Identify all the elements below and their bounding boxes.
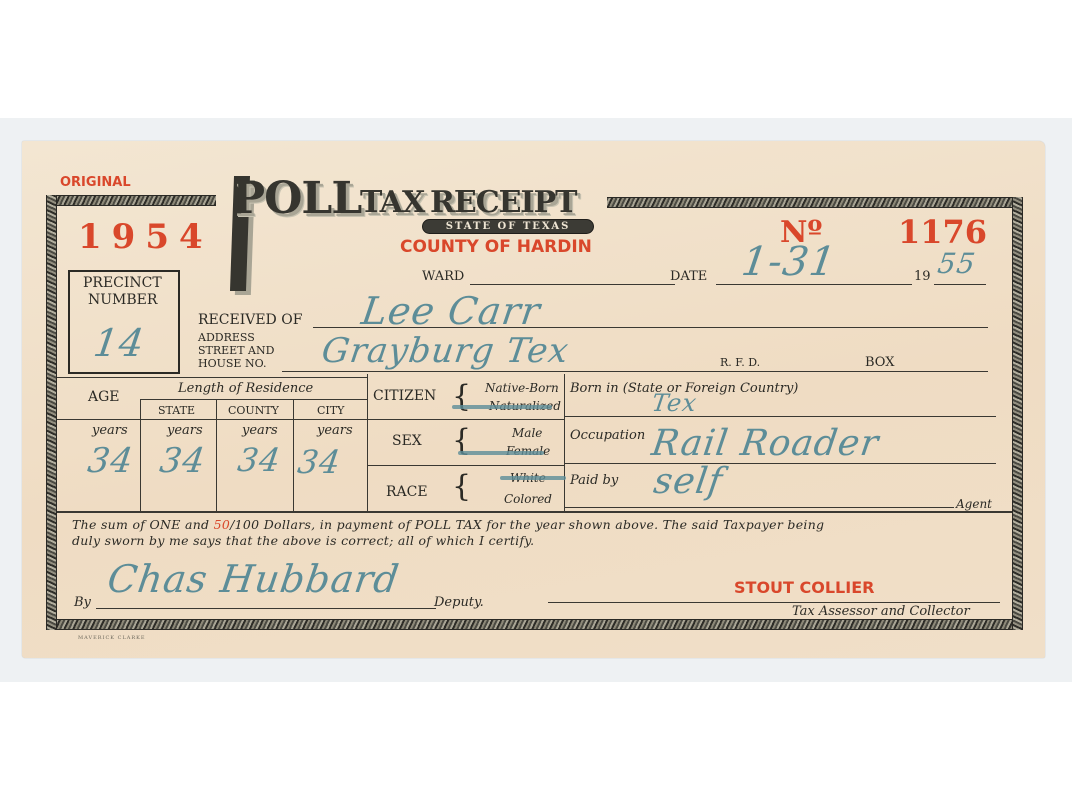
address-label-2: STREET AND <box>198 344 274 357</box>
statement-line-1: The sum of ONE and 50/100 Dollars, in pa… <box>72 517 824 532</box>
citizen-strike-mark <box>452 405 552 409</box>
born-in-label-suffix: (State or Foreign Country) <box>623 381 799 396</box>
precinct-value[interactable]: 14 <box>91 321 148 365</box>
statement-line-2: duly sworn by me says that the above is … <box>72 533 534 548</box>
printer-imprint: MAVERICK CLARKE <box>78 635 146 641</box>
frame-right <box>1012 197 1023 630</box>
unit-city: years <box>317 423 353 438</box>
grid-top-left <box>57 377 367 378</box>
collector-line <box>548 602 1000 603</box>
age-value[interactable]: 34 <box>85 441 136 481</box>
race-label: RACE <box>386 484 428 500</box>
residence-v-2 <box>216 399 217 511</box>
unit-county: years <box>242 423 278 438</box>
date-year-value[interactable]: 55 <box>936 247 978 280</box>
received-of-value[interactable]: Lee Carr <box>359 289 544 333</box>
collector-title: Tax Assessor and Collector <box>792 604 970 619</box>
state-years-value[interactable]: 34 <box>157 441 208 481</box>
residence-v-1 <box>140 399 141 511</box>
residence-head-line <box>57 419 367 420</box>
grid-h-agent <box>564 507 954 508</box>
agent-label: Agent <box>956 497 992 511</box>
grid-bottom <box>57 511 1012 513</box>
precinct-label-2: NUMBER <box>88 292 157 308</box>
race-option-colored[interactable]: Colored <box>504 492 552 506</box>
frame-top-right <box>607 197 1022 208</box>
race-strike-mark <box>500 476 566 480</box>
statement-part-b: /100 Dollars, in payment of POLL TAX for… <box>230 517 824 532</box>
col-county: COUNTY <box>228 404 279 417</box>
statement-amount: 50 <box>214 517 231 532</box>
title-poll: POLL <box>232 173 361 224</box>
county-years-value[interactable]: 34 <box>235 441 283 479</box>
deputy-label: Deputy. <box>434 595 484 610</box>
title-state-banner: STATE OF TEXAS <box>422 219 594 234</box>
address-label-1: ADDRESS <box>198 331 255 344</box>
col-state: STATE <box>158 404 195 417</box>
statement-part-a: The sum of ONE and <box>72 517 214 532</box>
sex-strike-mark <box>458 451 544 455</box>
occupation-label: Occupation <box>570 428 645 443</box>
grid-h-born-occ <box>564 416 996 417</box>
deputy-signature[interactable]: Chas Hubbard <box>105 557 402 601</box>
poll-tax-receipt: ORIGINAL 1954 POLL TAX RECEIPT STATE OF … <box>22 141 1045 658</box>
copy-label: ORIGINAL <box>60 175 131 190</box>
precinct-label-1: PRECINCT <box>83 275 162 291</box>
frame-top-left <box>46 195 216 206</box>
date-label: DATE <box>670 269 707 284</box>
occupation-value[interactable]: Rail Roader <box>649 423 881 464</box>
race-brace: { <box>452 469 471 504</box>
ward-line <box>470 284 675 285</box>
grid-h-sex-race <box>367 465 565 466</box>
paid-by-value[interactable]: self <box>651 461 725 502</box>
unit-age: years <box>92 423 128 438</box>
sex-option-male[interactable]: Male <box>512 426 542 440</box>
citizen-option-native[interactable]: Native-Born <box>485 381 559 395</box>
city-years-value[interactable]: 34 <box>295 443 343 481</box>
county-name: COUNTY OF HARDIN <box>400 237 592 257</box>
rfd-label: R. F. D. <box>720 356 760 369</box>
frame-left <box>46 195 57 630</box>
sex-label: SEX <box>392 433 422 449</box>
date-year-line <box>934 284 986 285</box>
received-of-label: RECEIVED OF <box>198 312 302 328</box>
deputy-signature-line <box>96 608 436 609</box>
receipt-number: 1176 <box>898 213 987 251</box>
title-tax: TAX <box>360 185 424 220</box>
age-label: AGE <box>88 389 120 405</box>
ward-label: WARD <box>422 269 464 284</box>
box-label: BOX <box>865 355 894 370</box>
receipt-year: 1954 <box>78 217 213 257</box>
grid-h-citizen-sex <box>367 419 565 420</box>
residence-subhead-line <box>140 399 367 400</box>
born-in-label-text: Born in <box>570 381 619 396</box>
length-of-residence-label: Length of Residence <box>178 381 313 396</box>
title-receipt: RECEIPT <box>430 185 576 220</box>
address-value[interactable]: Grayburg Tex <box>319 331 571 371</box>
unit-state: years <box>167 423 203 438</box>
grid-v-options <box>564 374 565 512</box>
date-year-prefix: 19 <box>914 269 931 284</box>
born-in-value[interactable]: Tex <box>650 389 699 417</box>
date-value[interactable]: 1-31 <box>739 239 839 285</box>
by-label: By <box>74 595 91 610</box>
col-city: CITY <box>317 404 344 417</box>
residence-v-3 <box>293 399 294 511</box>
grid-v-residence <box>367 374 368 512</box>
paid-by-label: Paid by <box>570 473 618 488</box>
collector-name: STOUT COLLIER <box>734 578 874 597</box>
citizen-label: CITIZEN <box>373 388 436 404</box>
address-line <box>282 371 988 372</box>
address-label-3: HOUSE NO. <box>198 357 266 370</box>
frame-bottom <box>46 619 1023 630</box>
